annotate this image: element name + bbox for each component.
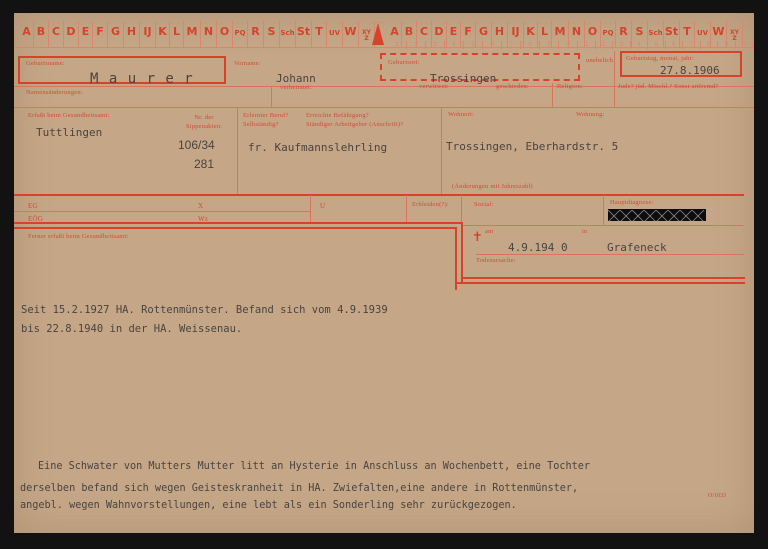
eg-label: EG [28, 202, 38, 210]
alphabet-tab-c: C [49, 21, 64, 47]
alphabet-tab-r: R [248, 21, 264, 47]
tod-am-label: am [485, 228, 493, 235]
x-label: X [198, 202, 203, 210]
alphabet-tab-g: G [108, 21, 124, 47]
geburtsort-label: Geburtsort: [388, 59, 420, 66]
geburtsname-value: M a u r e r [90, 71, 194, 87]
u-label: U [320, 202, 325, 210]
digit-cell: 5 [648, 41, 666, 49]
sippenakten-value-1: 106/34 [178, 138, 215, 152]
family-line-3: angebl. wegen Wahnvorstellungen, eine le… [20, 500, 517, 511]
alphabet-index-left: ABCDEFGHIJKLMNOPQRSSchStTUVWXYZ [20, 21, 375, 47]
digit-cell: 2 [407, 41, 426, 49]
tod-in-label: in [582, 228, 587, 235]
alphabet-tab-sch: Sch [280, 21, 296, 47]
hauptdiagnose-label: Hauptdiagnose: [610, 199, 654, 206]
namensaenderungen-label: Namensänderungen: [26, 89, 83, 96]
alphabet-tab-d: D [64, 21, 79, 47]
alphabet-tab-f: F [93, 21, 108, 47]
ferner-label: Ferner erfaßt beim Gesundheitsamt: [28, 233, 128, 240]
sippenakten-value-2: 281 [194, 157, 214, 171]
digit-cell: 3 [426, 41, 445, 49]
wohnort-label: Wohnort: [448, 111, 474, 118]
digit-index-row: 12345678901234567890 [388, 41, 753, 51]
redacted-diagnosis [608, 209, 706, 221]
digit-cell: 1 [578, 41, 596, 49]
religion-label: Religion: [557, 83, 583, 90]
notes-line-2: bis 22.8.1940 in der HA. Weissenau. [21, 323, 242, 335]
geburtsname-label: Geburtsname: [26, 60, 65, 67]
gesundheitsamt-value: Tuttlingen [36, 126, 102, 139]
triangle-marker-icon [372, 23, 384, 45]
alphabet-tab-k: K [156, 21, 170, 47]
geburtsdatum-label: Geburtstag, monat, jahr: [626, 55, 694, 62]
wohnung-label: Wohnung: [576, 111, 605, 118]
alphabet-tab-s: S [264, 21, 280, 47]
alphabet-tab-n: N [201, 21, 217, 47]
aenderungen-label: (Änderungen mit Jahreszahl) [452, 183, 533, 190]
todesursache-label: Todesursache: [476, 257, 516, 264]
alphabet-tab-h: H [124, 21, 140, 47]
beruf-label-3: Selbständig? [243, 121, 279, 128]
digit-cell: 4 [445, 41, 464, 49]
tod-place: Grafeneck [607, 241, 667, 254]
alphabet-tab-w: W [343, 21, 359, 47]
digit-cell: 6 [483, 41, 502, 49]
erbkrank-label: Erbleiden(?): [412, 201, 449, 208]
verwitwet-label: verwitwet: [419, 83, 449, 90]
digit-cell: 8 [521, 41, 540, 49]
digit-cell: 5 [464, 41, 483, 49]
rasse-label: Jude? jüd. Mischl.? Sonst artfremd? [618, 83, 719, 90]
geburtsdatum-value: 27.8.1906 [660, 64, 720, 77]
index-card: ABCDEFGHIJKLMNOPQRSSchStTUVWXYZ ABCDEFGH… [14, 13, 754, 533]
alphabet-tab-st: St [296, 21, 312, 47]
alphabet-tab-e: E [79, 21, 93, 47]
family-line-2: derselben befand sich wegen Geisteskranh… [20, 483, 578, 494]
alphabet-tab-a: A [20, 21, 34, 47]
tod-date: 4.9.194 0 [508, 241, 568, 254]
unehelich-label: unehelich [586, 57, 613, 64]
alphabet-tab-m: M [184, 21, 201, 47]
alphabet-tab-ij: IJ [140, 21, 156, 47]
beruf-label-2: Erreichte Befähigung? [306, 112, 369, 119]
digit-cell: 0 [559, 41, 578, 49]
death-cross-icon: ✝ [472, 230, 483, 245]
family-line-1: Eine Schwater von Mutters Mutter litt an… [38, 461, 590, 472]
beruf-value: fr. Kaufmannslehrling [248, 141, 387, 154]
wohnort-value: Trossingen, Eberhardstr. 5 [446, 140, 618, 153]
alphabet-tab-o: O [217, 21, 233, 47]
beruf-label-4: Ständiger Arbeitgeber (Anschrift)? [306, 121, 403, 128]
digit-cell: 7 [683, 41, 701, 49]
digit-cell: 0 [736, 41, 754, 49]
digit-cell: 6 [666, 41, 684, 49]
digit-cell: 9 [718, 41, 736, 49]
alphabet-tab-uv: UV [327, 21, 343, 47]
digit-cell: 1 [388, 41, 407, 49]
verheiratet-label: verheiratet: [280, 84, 312, 91]
digit-cell: 9 [540, 41, 559, 49]
document-id: O/1033 [708, 493, 726, 499]
digit-cell: 7 [502, 41, 521, 49]
sippenakten-label: Nr. der Sippenakten: [179, 113, 229, 131]
notes-line-1: Seit 15.2.1927 HA. Rottenmünster. Befand… [21, 304, 388, 316]
alphabet-tab-pq: PQ [233, 21, 248, 47]
digit-cell: 8 [701, 41, 719, 49]
digit-cell: 3 [613, 41, 631, 49]
soziales-label: Sozial: [474, 201, 493, 208]
alphabet-tab-t: T [312, 21, 327, 47]
beruf-label-1: Erlernter Beruf? [243, 112, 289, 119]
digit-cell: 4 [631, 41, 649, 49]
section-divider [14, 194, 744, 196]
alphabet-tab-l: L [170, 21, 184, 47]
digit-cell: 2 [596, 41, 614, 49]
vorname-label: Vorname: [234, 60, 261, 67]
alphabet-tab-b: B [34, 21, 49, 47]
gesundheitsamt-label: Erfaßt beim Gesundheitsamt: [28, 112, 110, 119]
geschieden-label: geschieden: [496, 83, 529, 90]
